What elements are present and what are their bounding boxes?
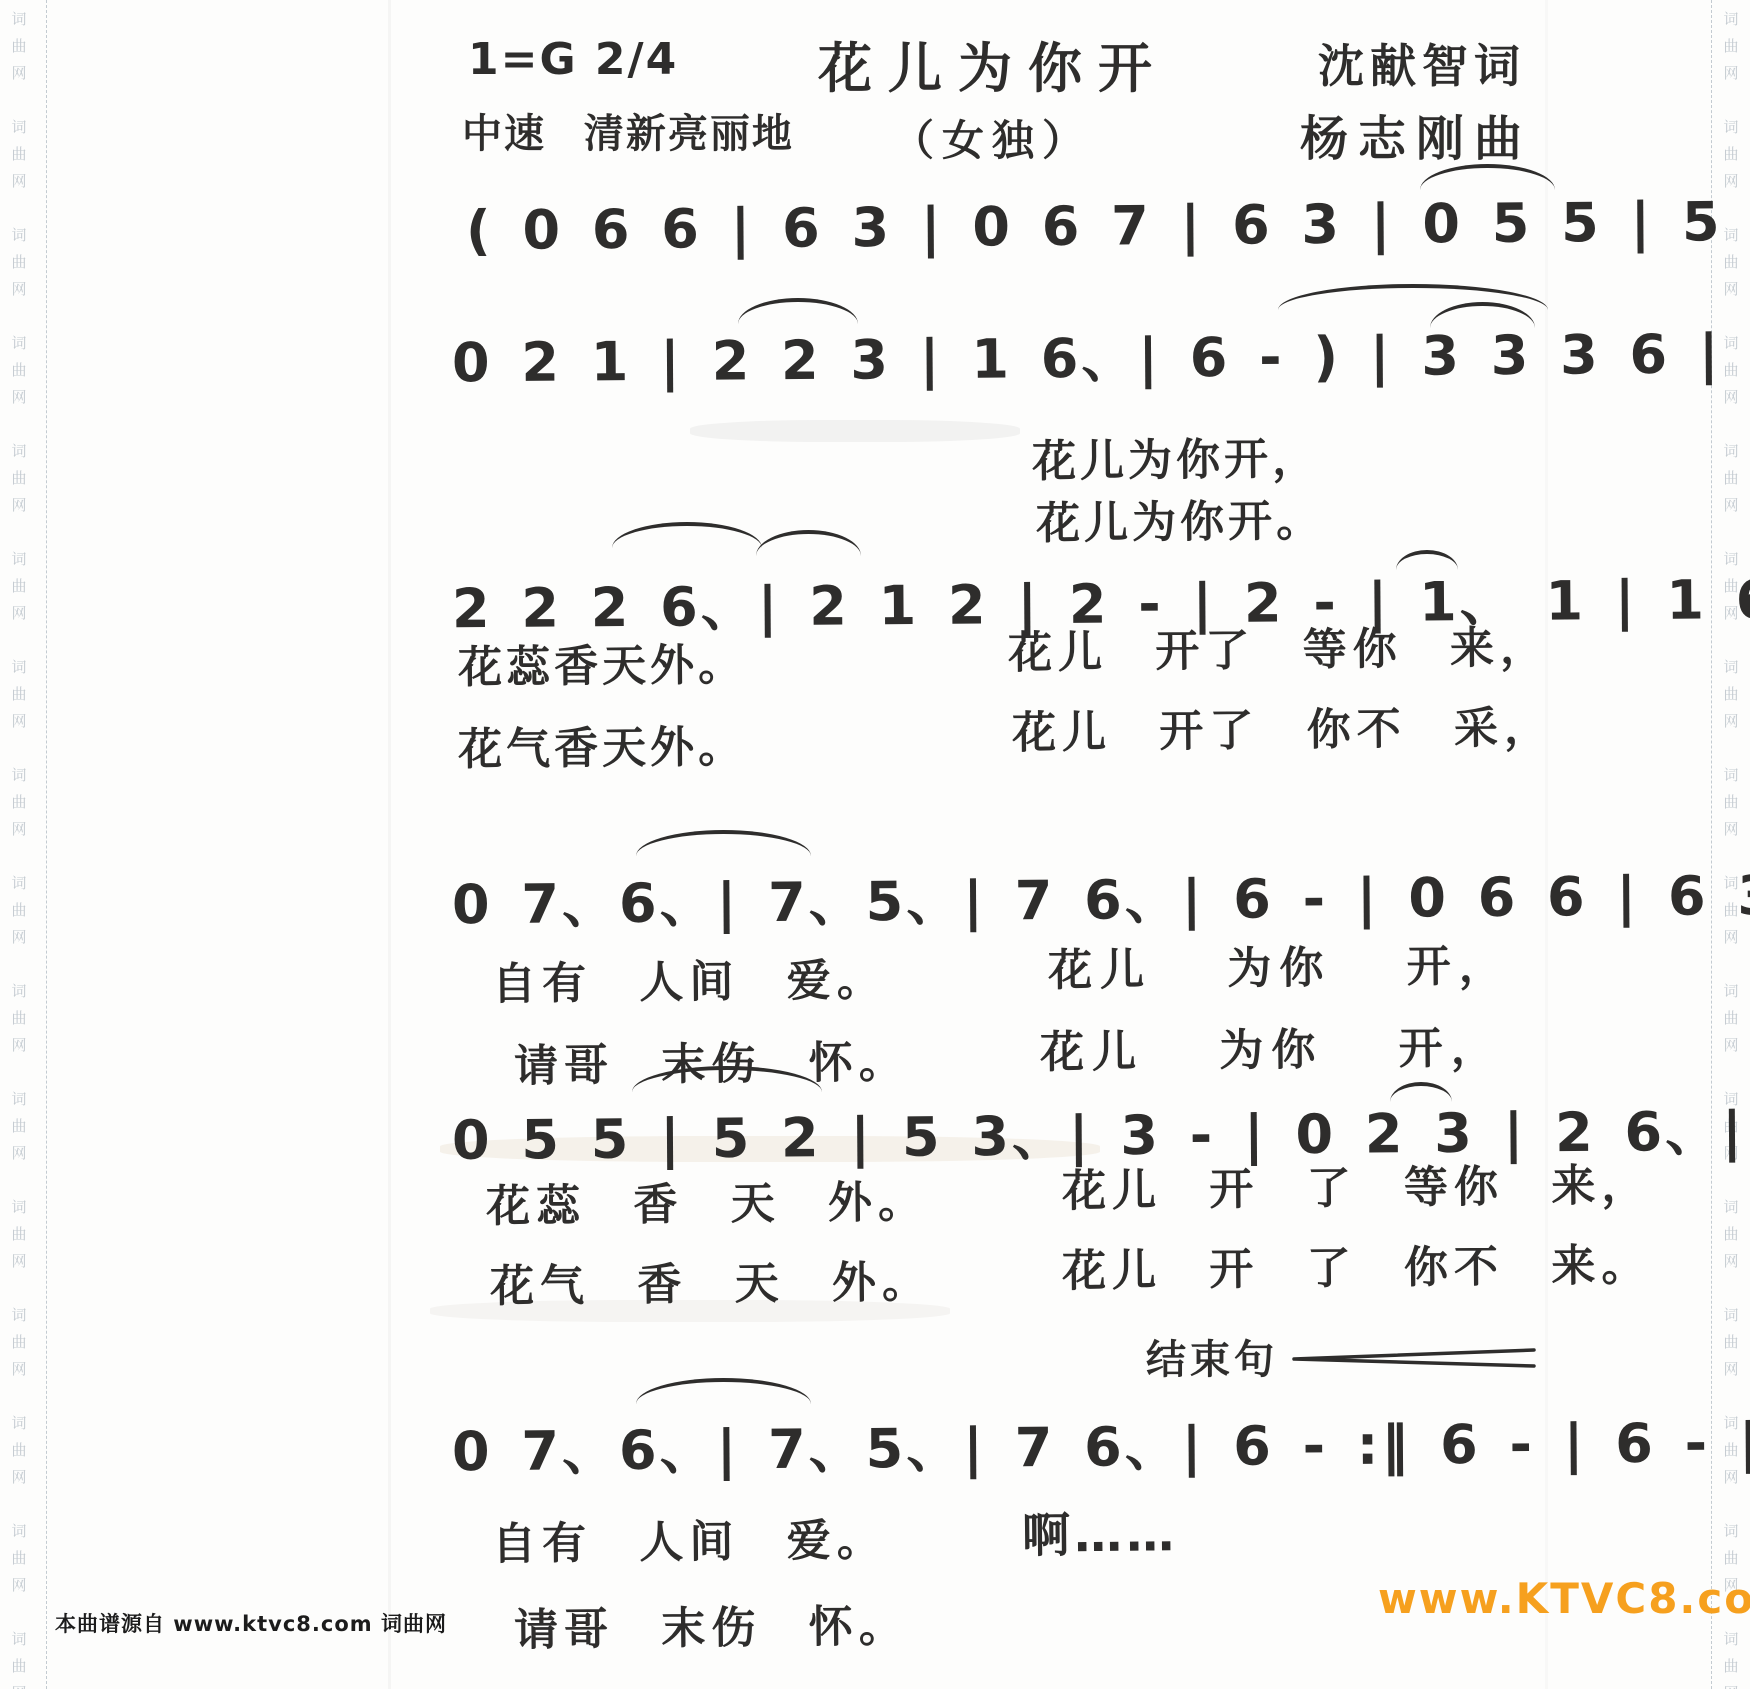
lyric-line: 自有 人间 爱。 — [492, 1504, 887, 1572]
ending-phrase-label: 结束句 — [1146, 1328, 1278, 1385]
left-dashed-line — [46, 0, 47, 1689]
lyric-line: 花儿 开了 你不 采， — [1012, 691, 1555, 761]
notation-line-6: 0 7、6、| 7、5、| 7 6、| 6 - :‖ 6 - | 6 - | 6… — [452, 1399, 1750, 1486]
site-url-text: www.KTVC8.com — [1378, 1574, 1750, 1623]
scan-fold-line — [388, 0, 391, 1689]
notation-line-1: ( 0 6 6 | 6 3 | 0 6 7 | 6 3 | 0 5 5 | 5 … — [466, 176, 1750, 265]
key-time-signature: 1=G 2/4 — [468, 34, 678, 85]
lyricist-credit: 沈献智词 — [1318, 30, 1526, 96]
slur-arc — [636, 1378, 811, 1404]
lyric-line: 花儿为你开。 — [1036, 484, 1325, 551]
lyric-line: 请哥 末伤 怀。 — [514, 1590, 909, 1658]
source-credit-text: 本曲谱源自 www.ktvc8.com 词曲网 — [55, 1608, 447, 1638]
lyric-line: 花儿 为你 开， — [1040, 1012, 1503, 1081]
scan-smudge — [690, 420, 1020, 442]
slur-arc — [1396, 550, 1458, 570]
subtitle-voice-type: （女独） — [892, 108, 1092, 168]
tempo-marking: 中速 清新亮丽地 — [462, 102, 794, 159]
lyric-line: 花儿 开 了 等你 来， — [1062, 1149, 1652, 1219]
slur-arc — [738, 298, 858, 324]
lyric-line: 花儿为你开， — [1032, 422, 1321, 489]
composer-credit: 杨志刚曲 — [1300, 100, 1532, 169]
lyric-line: 花儿 开了 等你 来， — [1008, 611, 1551, 681]
slur-arc — [1390, 1082, 1452, 1102]
song-title: 花儿为你开 — [818, 26, 1168, 103]
sheet-music-page: 词 曲 网 词 曲 网 词 曲 网 词 曲 网 词 曲 网 词 曲 网 词 曲 … — [0, 0, 1750, 1689]
ending-wedge-line — [1290, 1346, 1540, 1372]
lyric-line: 花蕊香天外。 — [458, 628, 747, 695]
left-watermark-column: 词 曲 网 词 曲 网 词 曲 网 词 曲 网 词 曲 网 词 曲 网 词 曲 … — [2, 0, 36, 1689]
lyric-line: 花气 香 天 外。 — [490, 1246, 933, 1315]
notation-line-4: 0 7、6、| 7、5、| 7 6、| 6 - | 0 6 6 | 6 3 | … — [452, 850, 1750, 939]
lyric-line: 花气香天外。 — [458, 710, 747, 777]
lyric-line: 啊…… — [1022, 1495, 1179, 1566]
lyric-line: 花儿 开 了 你不 来。 — [1062, 1229, 1652, 1299]
lyric-line: 自有 人间 爱。 — [492, 944, 887, 1012]
notation-line-2: 0 2 1 | 2 2 3 | 1 6、| 6 - ) | 3 3 3 6 | … — [452, 308, 1750, 398]
lyric-line: 花儿 为你 开， — [1048, 930, 1511, 999]
slur-arc — [612, 522, 762, 548]
lyric-line: 花蕊 香 天 外。 — [486, 1166, 929, 1235]
slur-arc — [756, 530, 861, 556]
slur-arc — [636, 830, 811, 856]
